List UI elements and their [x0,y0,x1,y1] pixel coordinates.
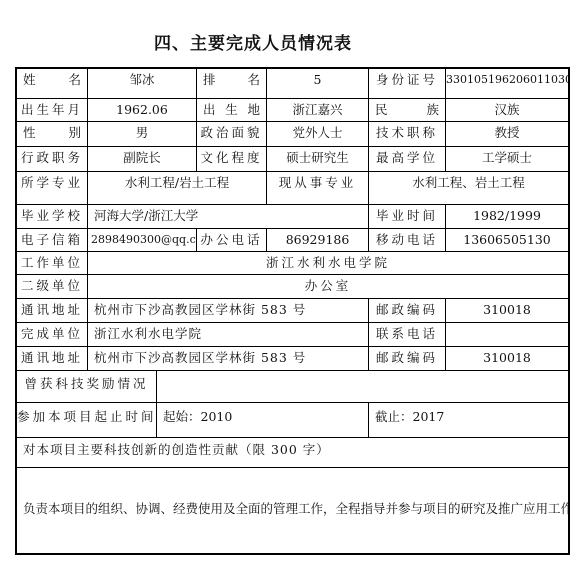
address-label: 通讯地址 [17,299,88,323]
award-value [157,371,568,403]
admin-label: 行政职务 [17,147,88,172]
political-value: 党外人士 [267,122,369,147]
birthplace-value: 浙江嘉兴 [267,99,369,122]
name-label: 姓名 [17,69,88,99]
contribution-label: 对本项目主要科技创新的创造性贡献（限 300 字） [17,438,568,468]
birthplace-label: 出生地 [197,99,267,122]
title-value: 教授 [446,122,568,147]
zip-label: 邮政编码 [369,299,446,323]
current-major-label: 现从事专业 [267,172,369,205]
page-title: 四、主要完成人员情况表 [0,29,586,54]
major-value: 水利工程/岩土工程 [88,172,267,205]
title-label: 技术职称 [369,122,446,147]
id-label: 身份证号 [369,69,446,99]
contact-phone-label: 联系电话 [369,323,446,347]
complete-unit-value: 浙江水利水电学院 [88,323,369,347]
gradtime-label: 毕业时间 [369,205,446,229]
personnel-table: 姓名 邹冰 排名 5 身份证号 330105196206011030 出生年月 … [15,67,570,555]
rank-value: 5 [267,69,369,99]
office-phone-label: 办公电话 [197,229,267,252]
address-value-2: 杭州市下沙高教园区学林街 583 号 [88,347,369,371]
award-label: 曾获科技奖励情况 [17,371,157,403]
complete-unit-label: 完成单位 [17,323,88,347]
sub-unit-value: 办公室 [88,275,568,299]
work-unit-label: 工作单位 [17,252,88,275]
address-value: 杭州市下沙高教园区学林街 583 号 [88,299,369,323]
zip-value-2: 310018 [446,347,568,371]
edu-value: 硕士研究生 [267,147,369,172]
edu-label: 文化程度 [197,147,267,172]
school-label: 毕业学校 [17,205,88,229]
political-label: 政治面貌 [197,122,267,147]
current-major-value: 水利工程、岩土工程 [369,172,568,205]
work-unit-value: 浙江水利水电学院 [88,252,568,275]
period-start: 起始：2010 [157,403,369,438]
gender-value: 男 [88,122,197,147]
ethnic-value: 汉族 [446,99,568,122]
birth-label: 出生年月 [17,99,88,122]
mobile-value: 13606505130 [446,229,568,252]
birth-value: 1962.06 [88,99,197,122]
mobile-label: 移动电话 [369,229,446,252]
degree-value: 工学硕士 [446,147,568,172]
address-label-2: 通讯地址 [17,347,88,371]
gender-label: 性别 [17,122,88,147]
zip-value: 310018 [446,299,568,323]
gradtime-value: 1982/1999 [446,205,568,229]
major-label: 所学专业 [17,172,88,205]
ethnic-label: 民族 [369,99,446,122]
rank-label: 排名 [197,69,267,99]
contact-phone-value [446,323,568,347]
contribution-text: 负责本项目的组织、协调、经费使用及全面的管理工作，全程指导并参与项目的研究及推广… [17,468,568,553]
office-phone-value: 86929186 [267,229,369,252]
degree-label: 最高学位 [369,147,446,172]
id-value: 330105196206011030 [446,69,568,99]
zip-label-2: 邮政编码 [369,347,446,371]
email-value: 2898490300@qq.com [88,229,197,252]
sub-unit-label: 二级单位 [17,275,88,299]
email-label: 电子信箱 [17,229,88,252]
school-value: 河海大学/浙江大学 [88,205,369,229]
period-label: 参加本项目起止时间 [17,403,157,438]
admin-value: 副院长 [88,147,197,172]
name-value: 邹冰 [88,69,197,99]
period-end: 截止：2017 [369,403,568,438]
